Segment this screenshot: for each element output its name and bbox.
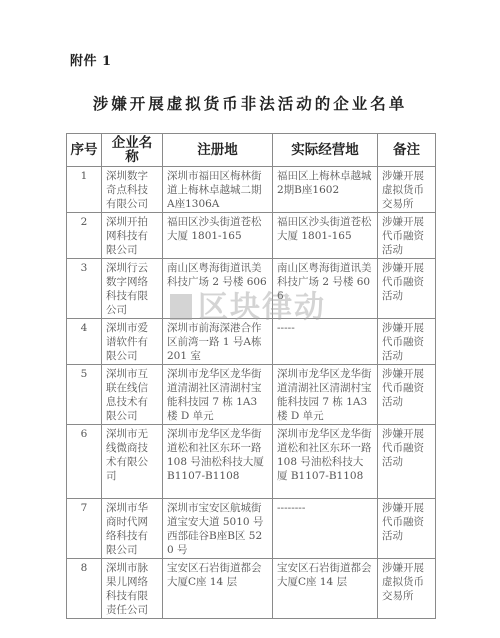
cell-actual-address: ----- — [273, 319, 378, 365]
cell-no: 7 — [67, 499, 102, 559]
cell-note: 涉嫌开展代币融资活动 — [378, 365, 436, 425]
table-header-row: 序号 企业名称 注册地 实际经营地 备注 — [67, 134, 436, 167]
table-row: 5 深圳市互联在线信息技术有限公司 深圳市龙华区龙华街道清湖社区清湖村宝能科技园… — [67, 365, 436, 425]
cell-actual-address: -------- — [273, 499, 378, 559]
cell-note: 涉嫌开展虚拟货币交易所 — [378, 559, 436, 619]
cell-registered-address: 深圳市前海深港合作区前湾一路 1 号A栋 201 室 — [163, 319, 273, 365]
cell-company-name: 深圳市脉果儿网络科技有限责任公司 — [102, 559, 163, 619]
cell-actual-address: 南山区粤海街道讯美科技广场 2 号楼 606 — [273, 259, 378, 319]
cell-no: 2 — [67, 213, 102, 259]
cell-note: 涉嫌开展代币融资活动 — [378, 259, 436, 319]
cell-company-name: 深圳市华商时代网络科技有限公司 — [102, 499, 163, 559]
header-actual-address: 实际经营地 — [273, 134, 378, 167]
cell-note: 涉嫌开展代币融资活动 — [378, 425, 436, 499]
cell-registered-address: 宝安区石岩街道都会大厦C座 14 层 — [163, 559, 273, 619]
cell-company-name: 深圳市爱谱软件有限公司 — [102, 319, 163, 365]
cell-registered-address: 南山区粤海街道讯美科技广场 2 号楼 606 — [163, 259, 273, 319]
table-row: 6 深圳市无线微商技术有限公司 深圳市龙华区龙华街道松和社区东环一路 108 号… — [67, 425, 436, 499]
table-row: 1 深圳数字奇点科技有限公司 深圳市福田区梅林街道上梅林卓越城二期A座1306A… — [67, 167, 436, 213]
cell-no: 4 — [67, 319, 102, 365]
table-row: 7 深圳市华商时代网络科技有限公司 深圳市宝安区航城街道宝安大道 5010 号西… — [67, 499, 436, 559]
table-row: 2 深圳开拍网科技有限公司 福田区沙头街道苍松大厦 1801-165 福田区沙头… — [67, 213, 436, 259]
cell-no: 3 — [67, 259, 102, 319]
header-note: 备注 — [378, 134, 436, 167]
header-no: 序号 — [67, 134, 102, 167]
cell-registered-address: 福田区沙头街道苍松大厦 1801-165 — [163, 213, 273, 259]
cell-note: 涉嫌开展虚拟货币交易所 — [378, 167, 436, 213]
cell-company-name: 深圳市互联在线信息技术有限公司 — [102, 365, 163, 425]
header-registered-address: 注册地 — [163, 134, 273, 167]
cell-note: 涉嫌开展代币融资活动 — [378, 319, 436, 365]
cell-actual-address: 福田区上梅林卓越城2期B座1602 — [273, 167, 378, 213]
cell-registered-address: 深圳市龙华区龙华街道松和社区东环一路 108 号油松科技大厦 B1107-B11… — [163, 425, 273, 499]
cell-registered-address: 深圳市宝安区航城街道宝安大道 5010 号西部硅谷B座B区 520 号 — [163, 499, 273, 559]
cell-no: 6 — [67, 425, 102, 499]
table-row: 4 深圳市爱谱软件有限公司 深圳市前海深港合作区前湾一路 1 号A栋 201 室… — [67, 319, 436, 365]
cell-actual-address: 宝安区石岩街道都会大厦C座 14 层 — [273, 559, 378, 619]
table-row: 3 深圳行云数字网络科技有限公司 南山区粤海街道讯美科技广场 2 号楼 606 … — [67, 259, 436, 319]
cell-no: 1 — [67, 167, 102, 213]
cell-company-name: 深圳开拍网科技有限公司 — [102, 213, 163, 259]
document-title: 涉嫌开展虚拟货币非法活动的企业名单 — [0, 92, 500, 114]
company-list-table: 序号 企业名称 注册地 实际经营地 备注 1 深圳数字奇点科技有限公司 深圳市福… — [66, 133, 436, 619]
table-row: 8 深圳市脉果儿网络科技有限责任公司 宝安区石岩街道都会大厦C座 14 层 宝安… — [67, 559, 436, 619]
cell-company-name: 深圳市无线微商技术有限公司 — [102, 425, 163, 499]
cell-actual-address: 深圳市龙华区龙华街道松和社区东环一路 108 号油松科技大厦 B1107-B11… — [273, 425, 378, 499]
header-company-name: 企业名称 — [102, 134, 163, 167]
cell-note: 涉嫌开展代币融资活动 — [378, 213, 436, 259]
cell-registered-address: 深圳市龙华区龙华街道清湖社区清湖村宝能科技园 7 栋 1A3 楼 D 单元 — [163, 365, 273, 425]
cell-no: 5 — [67, 365, 102, 425]
cell-note: 涉嫌开展代币融资活动 — [378, 499, 436, 559]
cell-company-name: 深圳数字奇点科技有限公司 — [102, 167, 163, 213]
cell-company-name: 深圳行云数字网络科技有限公司 — [102, 259, 163, 319]
cell-registered-address: 深圳市福田区梅林街道上梅林卓越城二期A座1306A — [163, 167, 273, 213]
cell-actual-address: 福田区沙头街道苍松大厦 1801-165 — [273, 213, 378, 259]
cell-no: 8 — [67, 559, 102, 619]
annex-label: 附件 1 — [70, 50, 112, 69]
cell-actual-address: 深圳市龙华区龙华街道清湖社区清湖村宝能科技园 7 栋 1A3 楼 D 单元 — [273, 365, 378, 425]
